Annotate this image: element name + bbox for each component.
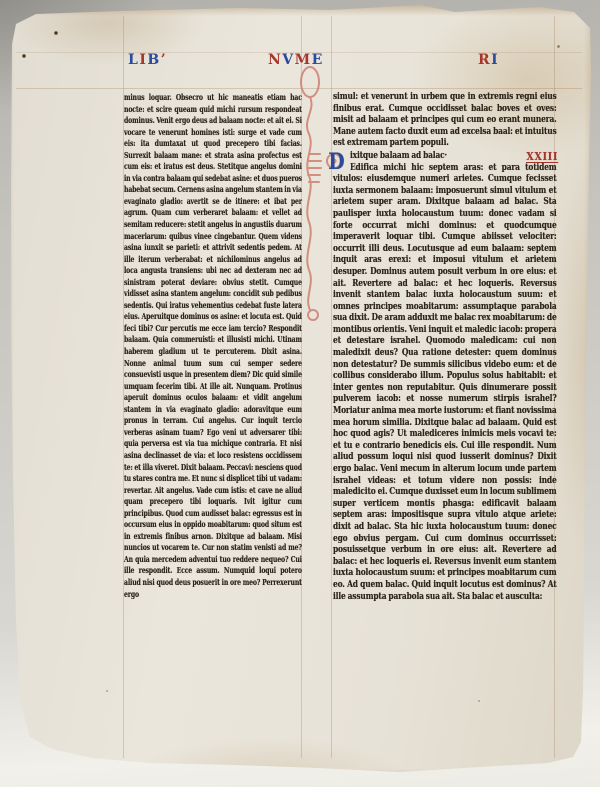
chapter-numeral: XXIII bbox=[526, 151, 558, 163]
right-column-body: Edifica michi hic septem aras: et para t… bbox=[333, 163, 557, 602]
right-column-intro: simul: et venerunt in urbem que in extre… bbox=[333, 92, 557, 150]
speck bbox=[557, 45, 560, 48]
left-column-text: minus loquar. Obsecro ut hic maneatis et… bbox=[124, 93, 302, 599]
running-header-ri: RI bbox=[478, 52, 499, 68]
illuminated-initial-d: D bbox=[326, 152, 346, 172]
chapter-23-block: D XXIII ixitque balaam ad balac· Edifica… bbox=[333, 151, 557, 603]
text-column-right: simul: et venerunt in urbem que in extre… bbox=[333, 92, 557, 603]
speck bbox=[478, 700, 480, 702]
photograph-background: LIB’ NVME RI minus loquar. Obsecro ut hi… bbox=[0, 0, 600, 787]
running-header-lib: LIB’ bbox=[128, 52, 167, 68]
text-column-left: minus loquar. Obsecro ut hic maneatis et… bbox=[124, 92, 302, 600]
chapter-opening-line: ixitque balaam ad balac· bbox=[333, 151, 557, 163]
wormhole bbox=[54, 31, 58, 35]
speck bbox=[106, 690, 108, 692]
